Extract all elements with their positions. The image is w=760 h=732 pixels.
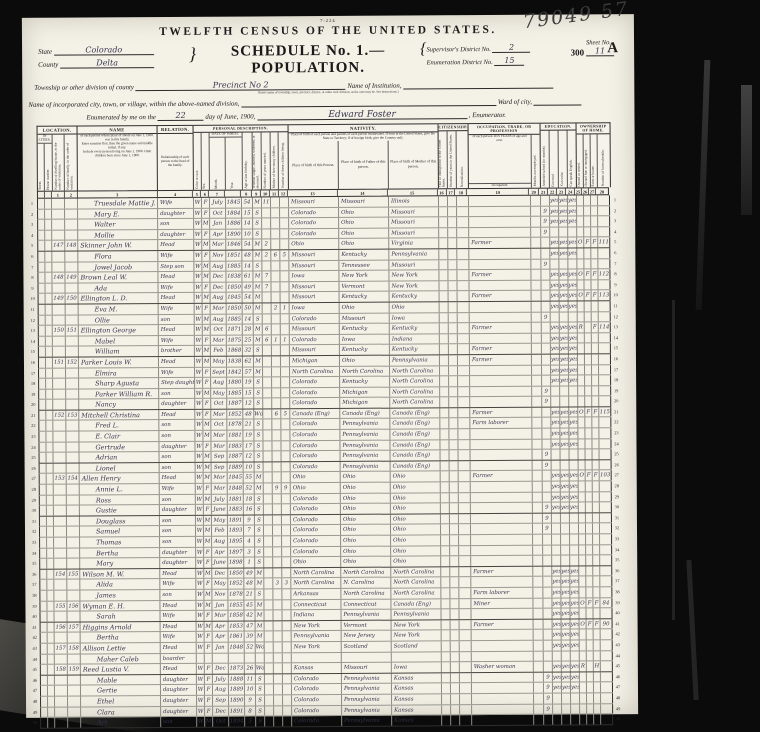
cell-na: [458, 419, 470, 429]
cell-hs: [46, 432, 53, 442]
cell-o1: [578, 386, 585, 396]
cell-mo: May: [212, 579, 228, 589]
cell-rl: Wife: [160, 484, 196, 494]
cell-o2: [587, 672, 594, 682]
cell-o2: [586, 524, 593, 534]
cell-s: F: [204, 505, 212, 515]
township-value: Precinct No 2: [213, 80, 269, 89]
cell-pm: Pennsylvania: [391, 609, 441, 619]
cell-yu: [450, 556, 459, 566]
cell-dw: 157: [55, 644, 68, 654]
cell-o2: [586, 460, 593, 470]
cell-o1: [577, 206, 584, 216]
cell-wr: [560, 386, 569, 396]
cell-ms: M: [256, 632, 265, 642]
cell-mn: [532, 291, 542, 301]
cell-pb: Kansas: [292, 663, 342, 673]
cell-im: [440, 366, 449, 376]
cell-ag: 57: [243, 367, 254, 377]
cell-na: [458, 376, 470, 386]
cell-o2: [586, 450, 593, 460]
cell-rd: yes: [553, 672, 562, 682]
cell-nm: Fred L.: [79, 421, 159, 431]
line-number-left: 50: [30, 718, 40, 729]
cell-pm: New York: [389, 270, 439, 280]
cell-im: [442, 652, 451, 662]
cell-cl: [282, 473, 291, 483]
cell-sc: 9: [544, 694, 553, 704]
cell-fm: 154: [67, 474, 80, 484]
cell-o2: [585, 375, 592, 385]
cell-o1: [579, 492, 586, 502]
cell-nm: Annie L.: [80, 484, 160, 494]
cell-c: W: [196, 537, 204, 547]
cell-na: [457, 249, 469, 259]
cell-o2: [586, 534, 593, 544]
cell-o1: O: [580, 619, 587, 629]
cell-o2: F: [584, 270, 591, 280]
line-number-left: 4: [27, 231, 37, 242]
cell-ag: 54: [243, 293, 254, 303]
line-number-left: 31: [29, 517, 39, 528]
cell-mo: Dec: [213, 664, 229, 674]
cell-pb: Ohio: [291, 472, 341, 482]
cell-c: W: [195, 335, 203, 345]
in-cities-label: IN CITIES.: [38, 135, 52, 144]
cell-rd: [552, 556, 561, 566]
cell-cl: [283, 632, 292, 642]
line-number-left: 27: [29, 474, 39, 485]
cell-mc: [271, 282, 280, 292]
cell-yu: [449, 397, 458, 407]
cell-o4: 90: [601, 619, 613, 629]
cell-o4: [599, 365, 611, 375]
line-number-right: 17: [611, 365, 621, 376]
cell-cl: 1: [281, 335, 290, 345]
cell-s: F: [205, 685, 213, 695]
cell-yr: 1845: [227, 293, 243, 303]
cell-mo: Mar: [212, 473, 228, 483]
cell-ag: 50: [243, 303, 254, 313]
cell-pf: Kentucky: [340, 345, 390, 355]
cell-en: yes: [568, 248, 577, 258]
cell-c: W: [196, 590, 204, 600]
cell-ym: [264, 505, 273, 515]
cell-c: W: [195, 304, 203, 314]
cell-rl: Head: [159, 325, 195, 335]
cell-ms: M: [253, 197, 262, 207]
cell-pb: North Carolina: [290, 366, 340, 376]
cell-yu: [448, 270, 457, 280]
cell-ag: 12: [243, 399, 254, 409]
cell-cl: [280, 271, 289, 281]
line-number-left: 48: [30, 697, 40, 708]
cell-sc: [542, 376, 551, 386]
cell-na: [459, 599, 471, 609]
cell-mc: [273, 557, 282, 567]
cell-rd: [552, 513, 561, 523]
cell-pb: Iowa: [290, 303, 340, 313]
cell-o3: [592, 301, 599, 311]
cell-ag: 11: [245, 674, 256, 684]
cell-c: W: [196, 463, 204, 473]
cell-dw: [53, 400, 66, 410]
cell-mo: Jan: [213, 643, 229, 653]
cell-nm: Bertha: [81, 632, 161, 642]
cell-hs: [45, 252, 52, 262]
cell-sc: [542, 429, 551, 439]
cell-wr: yes: [560, 439, 569, 449]
line-number-left: 41: [30, 623, 40, 634]
cell-im: [440, 440, 449, 450]
cell-na: [460, 662, 472, 672]
cell-pf: Ohio: [341, 525, 391, 535]
cell-mc: [272, 367, 281, 377]
cell-rl: daughter: [161, 675, 197, 685]
cell-c: W: [197, 717, 205, 727]
cell-st: [41, 675, 48, 685]
cell-s: M: [204, 569, 212, 579]
cell-o4: [598, 227, 610, 237]
cell-yr: 1878: [227, 420, 243, 430]
cell-o1: [578, 376, 585, 386]
cell-yu: [448, 228, 457, 238]
line-number-left: 33: [29, 538, 39, 549]
cell-wr: yes: [560, 291, 569, 301]
cell-s: M: [202, 261, 210, 271]
cell-rd: [553, 693, 562, 703]
cell-mo: Dec: [210, 272, 226, 282]
cell-c: W: [194, 261, 202, 271]
cell-yr: 1852: [227, 409, 243, 419]
cell-dw: [54, 538, 67, 548]
line-number-left: 19: [28, 389, 38, 400]
cell-c: W: [196, 452, 204, 462]
cell-im: [441, 599, 450, 609]
cell-oc: [469, 281, 531, 291]
cell-mc: [273, 610, 282, 620]
cell-na: [458, 313, 470, 323]
line-number-right: 23: [611, 428, 621, 439]
cell-im: [441, 609, 450, 619]
line-number-right: 43: [613, 640, 623, 651]
cell-ms: S: [254, 388, 263, 398]
cell-ms: S: [255, 494, 264, 504]
cell-st: [40, 601, 47, 611]
cell-cl: [282, 504, 291, 514]
cell-ms: S: [254, 420, 263, 430]
col-school: Attended school (in months).: [543, 145, 547, 188]
cell-pf: Missouri: [339, 197, 389, 207]
cell-st: [38, 220, 45, 230]
cell-fm: [68, 633, 81, 643]
cell-pm: Ohio: [391, 472, 441, 482]
cell-pb: [292, 652, 342, 662]
cell-im: [440, 387, 449, 397]
cell-o2: F: [585, 291, 592, 301]
cell-pb: Colorado: [292, 674, 342, 684]
cell-o1: [577, 195, 584, 205]
cell-nm: Eva M.: [79, 304, 159, 314]
cell-mo: Sep: [213, 696, 229, 706]
cell-sc: 9: [542, 386, 551, 396]
cell-yr: 1884: [226, 208, 242, 218]
cell-wr: yes: [559, 270, 568, 280]
cell-rd: yes: [551, 355, 560, 365]
cell-o2: [587, 693, 594, 703]
cell-o3: H: [594, 661, 601, 671]
cell-o1: [577, 280, 584, 290]
cell-o4: 112: [598, 269, 610, 279]
line-number-right: 7: [610, 259, 620, 270]
line-number-left: 11: [28, 305, 38, 316]
township-label: Township or other division of county: [34, 84, 134, 92]
cell-mc: [272, 388, 281, 398]
cell-yu: [449, 429, 458, 439]
cell-mn: [531, 196, 541, 206]
cell-o4: 111: [598, 238, 610, 248]
line-number-right: 13: [611, 322, 621, 333]
line-number-left: 5: [27, 241, 37, 252]
cell-mn: [533, 514, 543, 524]
cell-o3: [592, 428, 599, 438]
cell-mo: Oct: [210, 208, 226, 218]
ward-value-blank: [534, 95, 582, 105]
cell-nm: Mollie: [78, 230, 158, 240]
cell-pm: Canada (Eng): [391, 599, 441, 609]
cell-rd: yes: [551, 302, 560, 312]
cell-o1: [577, 259, 584, 269]
cell-mc: [272, 346, 281, 356]
cell-hs: [46, 411, 53, 421]
cell-rd: [550, 259, 559, 269]
cell-st: [39, 432, 46, 442]
cell-sc: 9: [542, 312, 551, 322]
cell-en: yes: [571, 630, 580, 640]
cell-rd: yes: [550, 280, 559, 290]
line-number-left: 47: [30, 686, 40, 697]
cell-pb: Indiana: [291, 610, 341, 620]
cell-o4: [600, 513, 612, 523]
cell-fm: [68, 654, 81, 664]
cell-pm: New York: [392, 631, 442, 641]
cell-nm: Nancy: [79, 399, 159, 409]
cell-o1: [580, 630, 587, 640]
cell-pb: Colorado: [290, 419, 340, 429]
cell-fm: [66, 442, 79, 452]
cell-en: yes: [570, 566, 579, 576]
cell-o1: O: [577, 238, 584, 248]
cell-pf: Pennsylvania: [342, 716, 392, 726]
cell-hs: [47, 506, 54, 516]
cell-ag: 39: [245, 632, 256, 642]
cell-nm: E. Clair: [79, 431, 159, 441]
cell-o4: [599, 354, 611, 364]
column-number: 13: [288, 190, 338, 196]
cell-hs: [45, 199, 52, 209]
cell-o3: [593, 609, 600, 619]
cell-pf: Ohio: [340, 356, 390, 366]
cell-ag: 49: [242, 282, 253, 292]
cell-na: [459, 546, 471, 556]
cell-ag: 48: [242, 250, 253, 260]
cell-hs: [48, 707, 55, 717]
cell-o4: [601, 683, 613, 693]
cell-ms: S: [255, 589, 264, 599]
line-number-right: 5: [610, 238, 620, 249]
cell-sc: 9: [544, 683, 553, 693]
line-number-right: 37: [612, 577, 622, 588]
cell-dw: [54, 548, 67, 558]
cell-o3: [593, 450, 600, 460]
cell-na: [460, 683, 472, 693]
cell-rd: yes: [552, 482, 561, 492]
cell-rd: yes: [552, 503, 561, 513]
cell-en: yes: [568, 280, 577, 290]
cell-hs: [47, 495, 54, 505]
line-number-left: 49: [30, 707, 40, 718]
cell-cl: [281, 420, 290, 430]
column-number: 10: [261, 190, 270, 196]
cell-sc: 9: [543, 450, 552, 460]
cell-cl: [280, 208, 289, 218]
cell-pf: Ohio: [341, 504, 391, 514]
cell-o2: [584, 259, 591, 269]
cell-pm: Pennsylvania: [390, 355, 440, 365]
cell-dw: [52, 262, 65, 272]
col-owned: Owned or rented.: [578, 161, 582, 187]
col-write: Can write.: [561, 171, 565, 188]
cell-ag: 21: [244, 589, 255, 599]
line-number-left: 24: [28, 442, 38, 453]
cell-oc: [472, 683, 534, 693]
cell-nm: Mitchell Christina: [79, 410, 159, 420]
cell-o1: [580, 672, 587, 682]
cell-o4: [598, 280, 610, 290]
cell-mc: [271, 229, 280, 239]
cell-pb: Colorado: [290, 441, 340, 451]
cell-st: [38, 283, 45, 293]
line-number-right: 28: [612, 481, 622, 492]
cell-yr: 1855: [228, 600, 244, 610]
cell-cl: [281, 430, 290, 440]
cell-hs: [45, 241, 52, 251]
column-number: 23: [557, 189, 566, 195]
cell-oc: [472, 694, 534, 704]
cell-o1: [579, 503, 586, 513]
cell-cl: [282, 557, 291, 567]
header-group-ownership: OWNERSHIP OF HOME. Owned or rented. Owne…: [577, 123, 610, 187]
column-number: 20: [529, 189, 539, 195]
cell-cl: [281, 377, 290, 387]
cell-ms: S: [256, 716, 265, 726]
line-number-right: 30: [612, 502, 622, 513]
cell-hs: [45, 230, 52, 240]
cell-mo: Apr: [212, 547, 228, 557]
cell-pf: Ohio: [340, 303, 390, 313]
cell-o1: [580, 651, 587, 661]
cell-rd: yes: [550, 249, 559, 259]
cell-en: yes: [569, 301, 578, 311]
cell-o2: [586, 577, 593, 587]
col-house-number: House number.: [46, 168, 50, 191]
cell-dw: 150: [53, 326, 66, 336]
city-label: Name of incorporated city, town, or vill…: [28, 101, 239, 109]
cell-im: [439, 239, 448, 249]
cell-mo: May: [211, 357, 227, 367]
cell-ag: 25: [243, 335, 254, 345]
cell-pm: Ohio: [391, 546, 441, 556]
cell-oc: [472, 715, 534, 725]
cell-im: [441, 514, 450, 524]
cell-en: yes: [571, 662, 580, 672]
cell-mo: May: [211, 388, 227, 398]
cell-s: F: [202, 208, 210, 218]
cell-hs: [48, 718, 55, 728]
cell-pm: Kansas: [392, 705, 442, 715]
cell-yu: [450, 461, 459, 471]
cell-hs: [47, 548, 54, 558]
cell-ym: [265, 621, 274, 631]
cell-fm: 156: [67, 601, 80, 611]
cell-mc: [273, 452, 282, 462]
cell-pb: Ohio: [289, 239, 339, 249]
cell-pb: North Carolina: [291, 568, 341, 578]
cell-c: W: [195, 293, 203, 303]
cell-o1: [579, 524, 586, 534]
cell-yu: [451, 684, 460, 694]
cell-rl: Head: [159, 293, 195, 303]
cell-mn: [533, 588, 543, 598]
column-number: 9: [252, 190, 261, 196]
cell-s: F: [205, 632, 213, 642]
cell-s: M: [205, 717, 213, 727]
cell-dw: [52, 252, 65, 262]
county-label: County: [38, 61, 58, 69]
cell-st: [39, 358, 46, 368]
cell-mc: [273, 473, 282, 483]
cell-rl: Wife: [160, 579, 196, 589]
enumerated-mid: day of June, 1900,: [205, 113, 255, 120]
cell-st: [41, 697, 48, 707]
cell-nm: Flora: [78, 251, 158, 261]
cell-im: [439, 228, 448, 238]
cell-o4: [600, 502, 612, 512]
cell-dw: 155: [54, 601, 67, 611]
cell-s: F: [205, 643, 213, 653]
cell-hs: [47, 612, 54, 622]
cell-rl: Head: [160, 600, 196, 610]
cell-wr: yes: [562, 683, 571, 693]
col-pob-father: Place of birth of Father of this person.: [339, 160, 388, 169]
cell-yu: [448, 260, 457, 270]
cell-rl: Head: [159, 410, 195, 420]
cell-yr: 1853: [229, 621, 245, 631]
cell-s: M: [203, 357, 211, 367]
cell-o4: [601, 661, 613, 671]
cell-st: [40, 580, 47, 590]
cell-en: [570, 524, 579, 534]
cell-mn: [534, 704, 544, 714]
cell-mn: [534, 641, 544, 651]
line-number-left: 18: [28, 379, 38, 390]
cell-st: [39, 368, 46, 378]
line-number-right: 50: [613, 714, 623, 725]
cell-im: [441, 556, 450, 566]
cell-oc: [470, 302, 532, 312]
col-dwelling-number: Number of dwelling house, in the order o…: [54, 135, 62, 191]
cell-dw: [52, 199, 65, 209]
